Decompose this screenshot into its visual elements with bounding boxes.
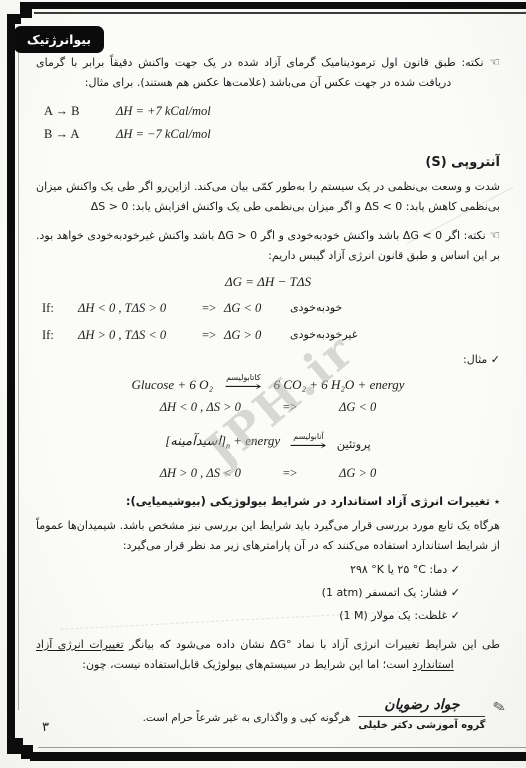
page-border-left — [7, 14, 15, 742]
result-text: ΔG < 0 — [339, 397, 376, 417]
if-label: If: — [42, 298, 78, 318]
enthalpy-value: ΔH = −7 kCal/mol — [116, 124, 211, 144]
gibbs-equation: ΔG = ΔH − TΔS — [36, 272, 500, 292]
check-icon: ✓ — [451, 563, 460, 576]
reaction-row: A → B ΔH = +7 kCal/mol — [44, 99, 500, 122]
result-text: ΔG > 0 — [339, 463, 376, 483]
page-border-top-thin — [34, 12, 526, 14]
reaction-equation: B → A — [44, 124, 116, 144]
result-text: ΔG < 0 — [224, 298, 290, 318]
implies-symbol: => — [202, 325, 224, 345]
standard-conditions-list: ✓ دما: ⁦۲۵ °C⁩ یا ⁦۲۹۸ °K⁩ ✓ فشار: یک ات… — [36, 560, 460, 627]
spontaneity-label: غیرخودبه‌خودی — [290, 325, 500, 345]
product-text: 6 CO₂ + 6 H₂O + energy — [274, 375, 405, 395]
page-border-corner-top-left — [20, 2, 32, 18]
catabolism-equation: Glucose + 6 O₂ کاتابولیسم ⟶ 6 CO₂ + 6 H₂… — [36, 374, 500, 395]
implies-symbol: => — [202, 298, 224, 318]
reaction-arrow: کاتابولیسم ⟶ — [226, 374, 261, 395]
condition-text: ΔH > 0 , TΔS < 0 — [78, 325, 202, 345]
reaction-arrow: آنابولیسم ⟶ — [293, 433, 324, 454]
implies-symbol: => — [283, 463, 297, 483]
right-arrow-icon: ⟶ — [289, 440, 327, 454]
plus-energy: + energy — [230, 433, 280, 448]
example-label: مثال: — [463, 353, 487, 366]
signature-stack: جواد رضویان گروه آموزشی دکتر خلیلی — [358, 696, 485, 732]
closing-post: است؛ اما این شرایط در سیستم‌های بیولوژیک… — [82, 658, 412, 671]
condition-item: ✓ دما: ⁦۲۵ °C⁩ یا ⁦۲۹۸ °K⁩ — [36, 560, 460, 581]
page-border-top — [28, 2, 526, 9]
closing-pre: طی این شرایط تغییرات انرژی آزاد با نماد … — [124, 638, 500, 651]
closing-paragraph: طی این شرایط تغییرات انرژی آزاد با نماد … — [36, 635, 500, 675]
star-icon: ٭ — [494, 495, 500, 508]
implies-symbol: => — [283, 397, 297, 417]
reaction-table: A → B ΔH = +7 kCal/mol B → A ΔH = −7 kCa… — [36, 99, 500, 145]
gibbs-condition-row: If: ΔH > 0 , TΔS < 0 => ΔG > 0 غیرخودبه‌… — [42, 321, 500, 348]
scanned-page: بیوانرژتیک JPH.ir ☜ نکته: طبق قانون اول … — [0, 0, 526, 768]
check-icon: ✓ — [451, 586, 460, 599]
right-arrow-icon: ⟶ — [224, 381, 262, 395]
standard-paragraph: هرگاه یک تابع مورد بررسی قرار می‌گیرد با… — [36, 516, 500, 556]
anabolism-equation: [اسیدآمینه]n + energy آنابولیسم ⟶ پروتئی… — [36, 431, 500, 457]
standard-heading: ٭ تغییرات انرژی آزاد استاندارد در شرایط … — [36, 491, 500, 512]
copyright-notice: هرگونه کپی و واگذاری به غیر شرعاً حرام ا… — [143, 712, 351, 725]
anabolism-condition-line: ΔH > 0 , ΔS < 0 => ΔG > 0 — [36, 463, 500, 483]
section-heading-entropy: آنتروپی (S) — [36, 153, 500, 173]
condition-item: ✓ فشار: یک اتمسفر ⁦(1 atm)⁩ — [36, 583, 460, 604]
condition-item: ✓ غلظت: یک مولار ⁦(1 M)⁩ — [36, 606, 460, 627]
product-text: پروتئین — [337, 434, 371, 454]
note-1-text: نکته: طبق قانون اول ترمودینامیک گرمای آز… — [36, 56, 484, 89]
enthalpy-value: ΔH = +7 kCal/mol — [116, 101, 211, 121]
page-number: ۳ — [42, 720, 49, 735]
gibbs-condition-row: If: ΔH < 0 , TΔS > 0 => ΔG < 0 خودبه‌خود… — [42, 294, 500, 321]
page-footer: ۳ ✎ جواد رضویان گروه آموزشی دکتر خلیلی ه… — [36, 696, 506, 748]
reaction-equation: A → B — [44, 101, 116, 121]
chapter-tab-label: بیوانرژتیک — [27, 32, 91, 47]
reactant-text: [اسیدآمینه]n + energy — [165, 431, 280, 457]
condition-item-text: فشار: یک اتمسفر ⁦(1 atm)⁩ — [322, 586, 448, 599]
page-content: ☜ نکته: طبق قانون اول ترمودینامیک گرمای … — [36, 52, 500, 704]
signature-group: گروه آموزشی دکتر خلیلی — [358, 717, 485, 732]
quill-icon: ✎ — [492, 697, 508, 717]
reactant-text: Glucose + 6 O₂ — [132, 375, 214, 395]
page-border-left-step — [15, 14, 21, 24]
pointing-hand-icon: ☜ — [489, 55, 500, 69]
chapter-tab: بیوانرژتیک — [14, 26, 104, 53]
spontaneity-label: خودبه‌خودی — [290, 298, 500, 318]
note-paragraph-2: ☜ نکته: اگر ⁦ΔG < 0⁩ باشد واکنش خودبه‌خو… — [36, 225, 500, 266]
if-label: If: — [42, 325, 78, 345]
check-icon: ✓ — [451, 609, 460, 622]
note-paragraph-1: ☜ نکته: طبق قانون اول ترمودینامیک گرمای … — [36, 52, 500, 93]
condition-item-text: دما: ⁦۲۵ °C⁩ یا ⁦۲۹۸ °K⁩ — [350, 563, 447, 576]
standard-heading-text: تغییرات انرژی آزاد استاندارد در شرایط بی… — [126, 494, 490, 508]
condition-text: ΔH > 0 , ΔS < 0 — [160, 463, 241, 483]
catabolism-condition-line: ΔH < 0 , ΔS > 0 => ΔG < 0 — [36, 397, 500, 417]
note-2-text: نکته: اگر ⁦ΔG < 0⁩ باشد واکنش خودبه‌خودی… — [36, 229, 500, 262]
result-text: ΔG > 0 — [224, 325, 290, 345]
check-icon: ✓ — [491, 353, 500, 366]
page-border-left-thin — [18, 28, 19, 710]
entropy-paragraph: شدت و وسعت بی‌نظمی در یک سیستم را به‌طور… — [36, 177, 500, 217]
condition-text: ΔH < 0 , TΔS > 0 — [78, 298, 202, 318]
pointing-hand-icon: ☜ — [489, 228, 500, 242]
signature-block: ✎ جواد رضویان گروه آموزشی دکتر خلیلی هرگ… — [143, 696, 506, 732]
condition-text: ΔH < 0 , ΔS > 0 — [160, 397, 241, 417]
page-border-corner-bottom-left-2 — [21, 745, 33, 759]
signature-name: جواد رضویان — [358, 696, 485, 717]
reaction-row: B → A ΔH = −7 kCal/mol — [44, 122, 500, 145]
example-line: ✓ مثال: — [36, 350, 500, 370]
amino-acid-bracket: [اسیدآمینه] — [165, 433, 226, 448]
page-border-bottom — [30, 752, 526, 761]
condition-item-text: غلظت: یک مولار ⁦(1 M)⁩ — [339, 609, 447, 622]
